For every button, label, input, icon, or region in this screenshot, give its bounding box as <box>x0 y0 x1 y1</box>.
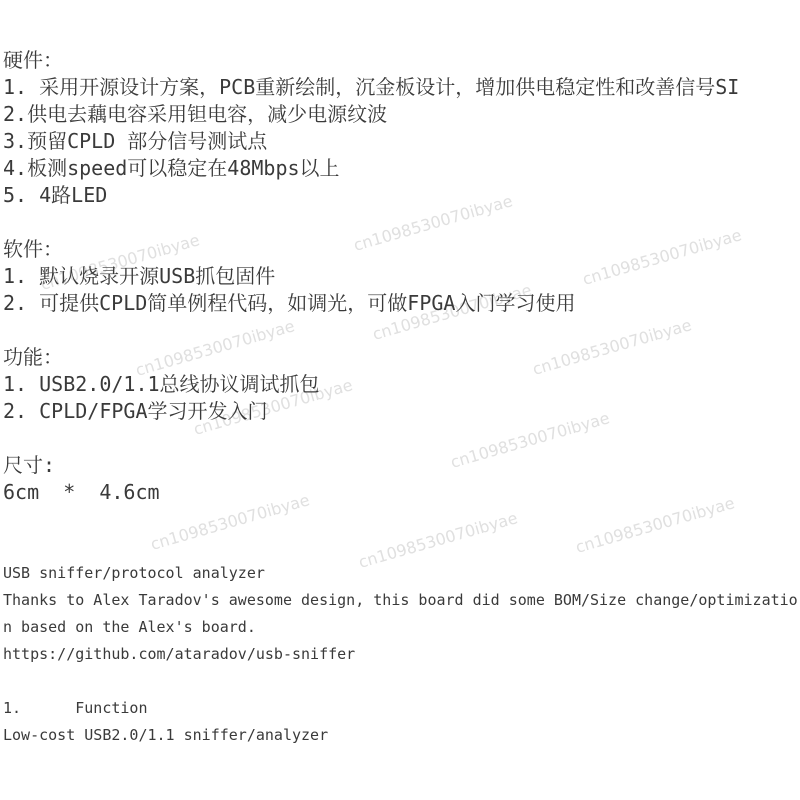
text-line: 1. 默认烧录开源USB抓包固件 <box>3 263 800 290</box>
text-line: 2. 可提供CPLD简单例程代码，如调光，可做FPGA入门学习使用 <box>3 290 800 317</box>
text-line <box>3 317 800 344</box>
text-line <box>3 533 800 560</box>
text-line: 2.供电去藕电容采用钽电容，减少电源纹波 <box>3 101 800 128</box>
text-line <box>3 506 800 533</box>
text-line: 4.板测speed可以稳定在48Mbps以上 <box>3 155 800 182</box>
text-line: 1. USB2.0/1.1总线协议调试抓包 <box>3 371 800 398</box>
text-line: 1. Function <box>3 695 800 722</box>
product-description-text: 硬件：1. 采用开源设计方案，PCB重新绘制，沉金板设计，增加供电稳定性和改善信… <box>3 47 800 749</box>
text-line <box>3 668 800 695</box>
text-line: 功能： <box>3 344 800 371</box>
text-line <box>3 425 800 452</box>
text-line: 5. 4路LED <box>3 182 800 209</box>
text-line: 3.预留CPLD 部分信号测试点 <box>3 128 800 155</box>
text-line: 1. 采用开源设计方案，PCB重新绘制，沉金板设计，增加供电稳定性和改善信号SI <box>3 74 800 101</box>
text-line <box>3 209 800 236</box>
text-line: Thanks to Alex Taradov's awesome design,… <box>3 587 800 614</box>
text-line: 6cm * 4.6cm <box>3 479 800 506</box>
text-line: n based on the Alex's board. <box>3 614 800 641</box>
text-line: 尺寸: <box>3 452 800 479</box>
product-description-page: cn1098530070ibyaecn1098530070ibyaecn1098… <box>0 0 800 800</box>
text-line: Low-cost USB2.0/1.1 sniffer/analyzer <box>3 722 800 749</box>
text-line: USB sniffer/protocol analyzer <box>3 560 800 587</box>
text-line: 2. CPLD/FPGA学习开发入门 <box>3 398 800 425</box>
text-line: 软件： <box>3 236 800 263</box>
text-line: https://github.com/ataradov/usb-sniffer <box>3 641 800 668</box>
text-line: 硬件： <box>3 47 800 74</box>
